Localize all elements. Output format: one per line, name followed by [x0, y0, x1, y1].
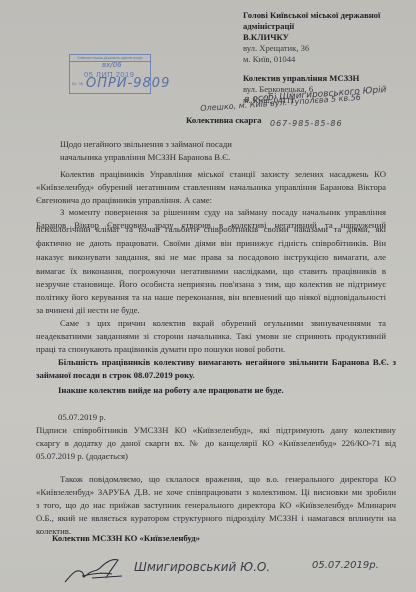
signatures-note-line: 05.07.2019 р. (додається) [36, 450, 128, 464]
sender-name: Колектив управління МСЗЗН [243, 73, 359, 84]
stamp-number: ОПРИ-9809 [86, 76, 170, 91]
stamp-handwritten-top: вх/06 [102, 61, 122, 69]
para1-line: Колектив працівників Управління міської … [60, 168, 386, 182]
recipient-block: Голові Київської міської державної адмін… [243, 10, 380, 65]
recipient-name: В.КЛИЧКУ [243, 32, 380, 43]
recipient-line1: Голові Київської міської державної [243, 10, 380, 21]
para2-line: наказує виконувати завдання, які не має … [36, 251, 386, 265]
demand-line: Більшість працівників колективу вимагают… [58, 356, 396, 370]
recipient-street: вул. Хрещатик, 36 [243, 43, 380, 54]
para2-line: психологічний клімат та почав гальбити с… [36, 223, 386, 237]
recipient-city: м. Київ, 01044 [243, 54, 380, 65]
para2-line: політику його керування та на наше перек… [36, 291, 386, 305]
signature-name: Шмигировський Ю.О. [134, 560, 270, 574]
stamp-number-prefix: Вх. № [72, 81, 83, 86]
warning-line: Інакше колектив вийде на роботу але прац… [58, 384, 284, 398]
document-date: 05.07.2019 р. [58, 411, 106, 425]
signatures-note-line: Підписи співробітників УМСЗЗН КО «Київзе… [36, 424, 396, 438]
para3-line: неадекватними завданнями зі сторони нача… [36, 330, 386, 344]
para2-line: незручне становище. Його особиста неприя… [36, 278, 386, 292]
signature-date: 05.07.2019р. [312, 560, 379, 571]
subject-line1: Щодо негайного звільнення з займаної пос… [60, 138, 232, 152]
document-title: Колективна скарга [186, 114, 262, 128]
para4-line: О.Б., який не являється куратором структ… [36, 512, 396, 526]
para2-line: за вчинені дії нести не буде. [36, 304, 140, 318]
para2-line: З моменту повернення за рішенням суду на… [60, 206, 386, 220]
para3-line: праці та спонукають працівників думати п… [36, 343, 285, 357]
para4-line: «Київзеленбуд» ЗАРУБА Д.В. не хоче співп… [36, 486, 396, 500]
closing-line: Колектив МСЗЗН КО «Київзеленбуд» [52, 532, 200, 546]
scanned-letter: Голові Київської міської державної адмін… [0, 0, 416, 592]
handwritten-note-phone: 067-985-85-86 [270, 119, 343, 128]
signatures-note-line: скаргу в додатку до даної скарги вх. № д… [36, 437, 396, 451]
para2-line: вимагає їх виконання, погрожуючи негатив… [36, 265, 386, 279]
signature-scribble [62, 554, 137, 586]
para2-line: фактично не дають працювати. Своїми діям… [36, 237, 386, 251]
para3-line: Саме з цих причин колектив вкрай обурени… [60, 317, 386, 331]
demand-line: займаної посади в строк 08.07.2019 року. [36, 369, 195, 383]
para4-line: з того, що до нас приїжав заступник гене… [36, 499, 396, 513]
subject-line2: начальника управління МСЗЗН Баранова В.Є… [60, 151, 230, 165]
para4-line: Також повідомляємо, що склалося враження… [60, 473, 396, 487]
para1-line: «Київзеленбуд» обурений негативним ставл… [36, 181, 386, 195]
recipient-line2: адміністрації [243, 21, 380, 32]
